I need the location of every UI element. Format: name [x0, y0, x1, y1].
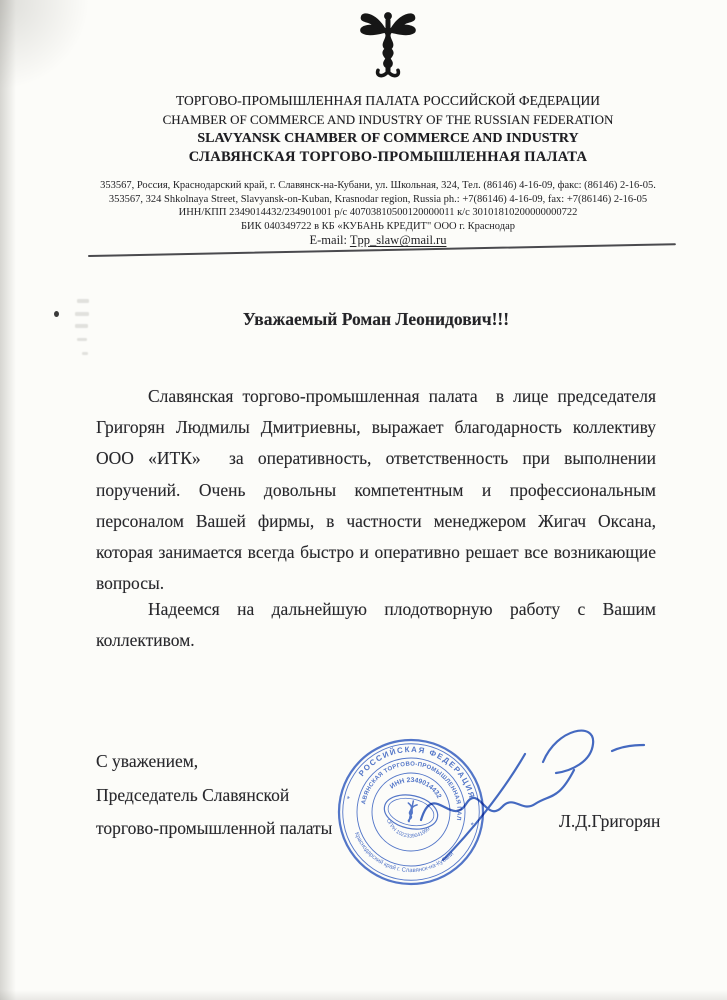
scan-smudge	[75, 324, 88, 328]
scanned-letter-page: ТОРГОВО-ПРОМЫШЛЕННАЯ ПАЛАТА РОССИЙСКОЙ Ф…	[0, 0, 727, 1000]
org-name-ru-federation: ТОРГОВО-ПРОМЫШЛЕННАЯ ПАЛАТА РОССИЙСКОЙ Ф…	[40, 92, 727, 111]
body-paragraph-1: Славянская торгово-промышленная палата в…	[96, 381, 656, 599]
salutation: Уважаемый Роман Леонидович!!!	[96, 309, 656, 330]
letterhead-contacts: 353567, Россия, Краснодарский край, г. С…	[30, 179, 726, 233]
scan-edge-shadow	[0, 0, 16, 1000]
org-name-en-slavyansk: SLAVYANSK CHAMBER OF COMMERCE AND INDUST…	[40, 129, 727, 148]
stamp-star-left: *	[345, 794, 351, 804]
org-name-en-federation: CHAMBER OF COMMERCE AND INDUSTRY OF THE …	[40, 111, 727, 130]
scan-smudge	[75, 312, 89, 316]
bik-bank-line: БИК 040349722 в КБ «КУБАНЬ КРЕДИТ" ООО г…	[30, 220, 726, 234]
scan-smudge	[82, 352, 88, 355]
address-en: 353567, 324 Shkolnaya Street, Slavyansk-…	[30, 193, 726, 207]
scan-smudge	[77, 338, 87, 341]
scan-speck	[54, 311, 59, 317]
email-label: E-mail:	[310, 233, 348, 247]
inn-account-line: ИНН/КПП 2349014432/234901001 р/с 4070381…	[30, 206, 726, 220]
scan-edge-shadow-bottom	[0, 990, 727, 1000]
signer-title-line-2: торгово-промышленной палаты	[96, 812, 332, 846]
org-name-ru-slavyansk: СЛАВЯНСКАЯ ТОРГОВО-ПРОМЫШЛЕННАЯ ПАЛАТА	[40, 148, 727, 167]
letterhead-org-names: ТОРГОВО-ПРОМЫШЛЕННАЯ ПАЛАТА РОССИЙСКОЙ Ф…	[40, 92, 727, 167]
address-ru: 353567, Россия, Краснодарский край, г. С…	[30, 179, 726, 193]
scan-smudge	[77, 299, 89, 303]
body-paragraph-2: Надеемся на дальнейшую плодотворную рабо…	[96, 594, 656, 656]
handwritten-signature	[385, 712, 655, 867]
caduceus-icon	[350, 6, 426, 86]
closing-line: С уважением,	[96, 745, 332, 779]
signature-block: С уважением, Председатель Славянской тор…	[96, 745, 332, 846]
email-address: Tpp_slaw@mail.ru	[350, 233, 447, 247]
signer-title-line-1: Председатель Славянской	[96, 779, 332, 813]
